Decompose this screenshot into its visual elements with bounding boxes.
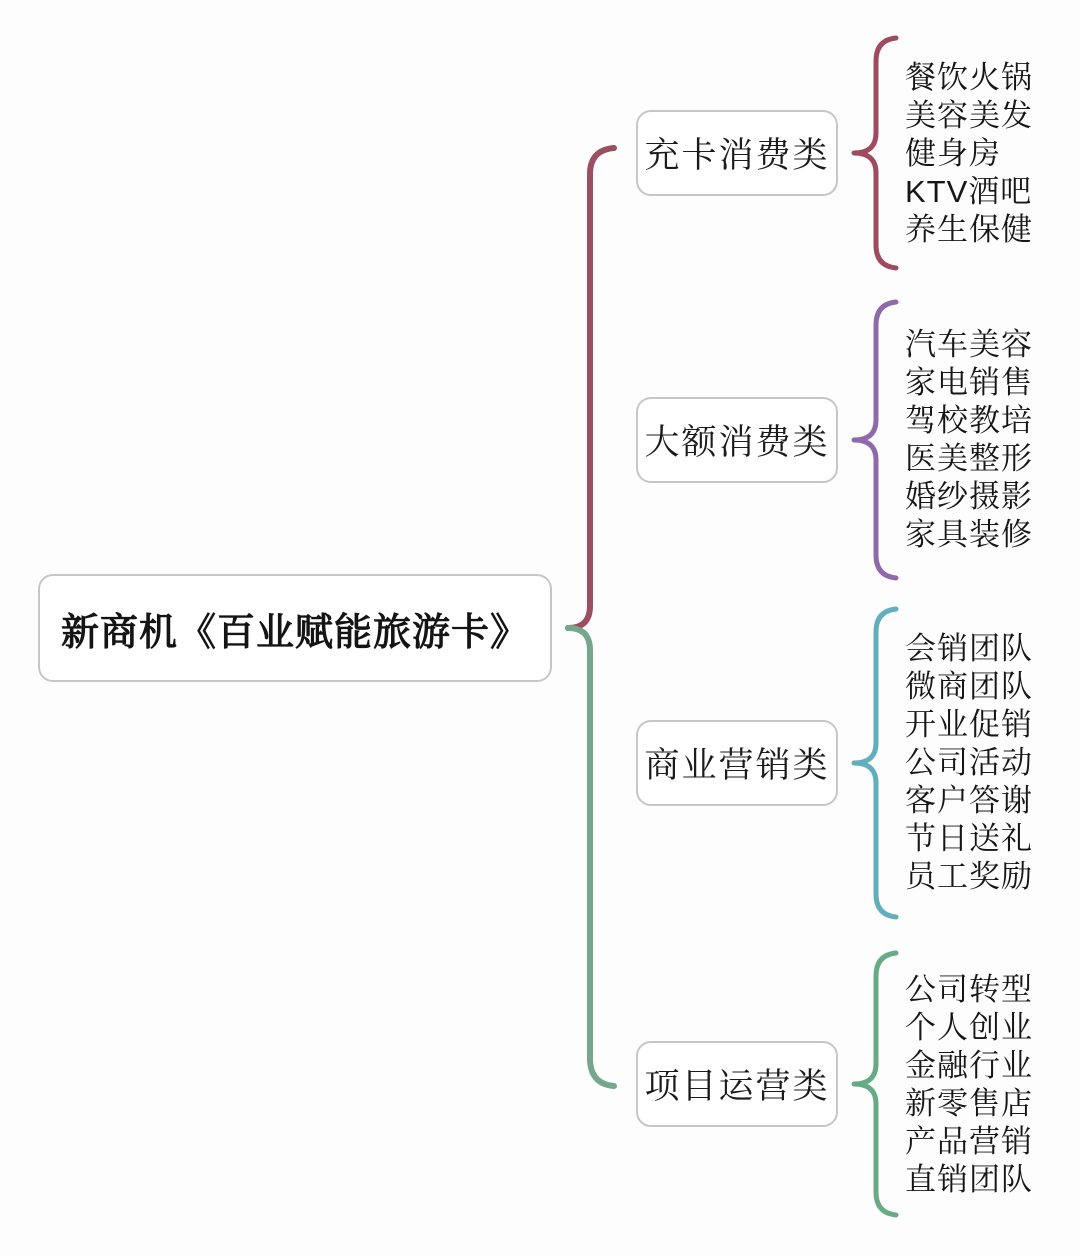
leaf-item: 家电销售	[905, 364, 1033, 402]
branch-node-label: 商业营销类	[644, 738, 829, 788]
leaf-item: 婚纱摄影	[905, 478, 1033, 516]
branch-brace-recharge-consumption	[846, 33, 902, 273]
leaf-item: 汽车美容	[905, 326, 1033, 364]
leaf-item: 公司活动	[905, 744, 1033, 782]
leaf-item: 餐饮火锅	[905, 59, 1033, 97]
leaf-item: 养生保健	[905, 211, 1033, 249]
branch-node-project-operation: 项目运营类	[636, 1041, 838, 1127]
leaf-item: 医美整形	[905, 440, 1033, 478]
leaf-item: 客户答谢	[905, 782, 1033, 820]
leaf-item: 公司转型	[905, 971, 1033, 1009]
leaf-list-business-marketing: 会销团队微商团队开业促销公司活动客户答谢节日送礼员工奖励	[905, 630, 1033, 896]
brace-path	[854, 609, 896, 917]
leaf-list-project-operation: 公司转型个人创业金融行业新零售店产品营销直销团队	[905, 971, 1033, 1199]
branch-node-large-consumption: 大额消费类	[636, 397, 838, 483]
branch-node-label: 充卡消费类	[644, 128, 829, 178]
branch-brace-business-marketing	[846, 604, 902, 922]
brace-path	[854, 302, 896, 578]
leaf-item: 金融行业	[905, 1047, 1033, 1085]
leaf-item: 微商团队	[905, 668, 1033, 706]
leaf-item: 产品营销	[905, 1123, 1033, 1161]
branch-node-recharge-consumption: 充卡消费类	[636, 110, 838, 196]
leaf-item: 个人创业	[905, 1009, 1033, 1047]
leaf-item: 节日送礼	[905, 820, 1033, 858]
leaf-item: 家具装修	[905, 516, 1033, 554]
branch-brace-large-consumption	[846, 297, 902, 583]
leaf-item: KTV酒吧	[905, 173, 1033, 211]
brace-path	[854, 38, 896, 268]
leaf-item: 员工奖励	[905, 858, 1033, 896]
leaf-item: 开业促销	[905, 706, 1033, 744]
root-brace-connector	[556, 142, 620, 1090]
root-brace-top-segment	[568, 148, 614, 628]
root-node-label: 新商机《百业赋能旅游卡》	[61, 601, 529, 656]
mindmap-canvas: 新商机《百业赋能旅游卡》 充卡消费类 餐饮火锅美容美发健身房KTV酒吧养生保健 …	[0, 0, 1080, 1256]
leaf-item: 直销团队	[905, 1161, 1033, 1199]
leaf-list-recharge-consumption: 餐饮火锅美容美发健身房KTV酒吧养生保健	[905, 59, 1033, 249]
leaf-item: 健身房	[905, 135, 1033, 173]
root-node: 新商机《百业赋能旅游卡》	[38, 574, 552, 682]
leaf-item: 新零售店	[905, 1085, 1033, 1123]
branch-brace-project-operation	[846, 948, 902, 1220]
leaf-item: 美容美发	[905, 97, 1033, 135]
leaf-item: 会销团队	[905, 630, 1033, 668]
brace-path	[854, 953, 896, 1215]
leaf-item: 驾校教培	[905, 402, 1033, 440]
branch-node-business-marketing: 商业营销类	[636, 720, 838, 806]
root-brace-bottom-segment	[568, 628, 614, 1086]
branch-node-label: 大额消费类	[644, 415, 829, 465]
leaf-list-large-consumption: 汽车美容家电销售驾校教培医美整形婚纱摄影家具装修	[905, 326, 1033, 554]
branch-node-label: 项目运营类	[644, 1059, 829, 1109]
